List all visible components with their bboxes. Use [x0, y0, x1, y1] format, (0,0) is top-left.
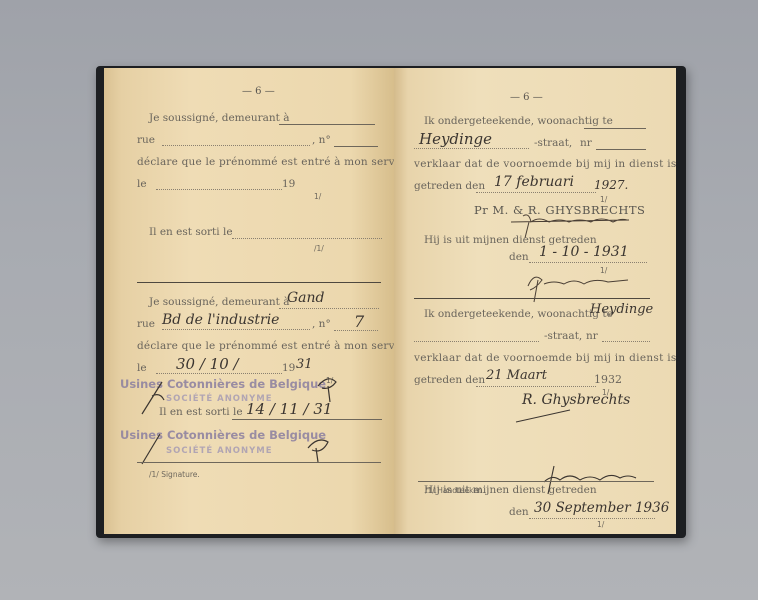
form-label: -straat,	[544, 330, 582, 342]
form-line: Il en est sorti le	[149, 226, 233, 238]
form-line: verklaar dat de voornoemde bij mij in di…	[414, 158, 677, 170]
signature-icon	[524, 266, 634, 306]
form-line: Je soussigné, demeurant à	[149, 296, 289, 308]
blank-field	[584, 128, 646, 129]
page-number: — 6 —	[510, 92, 543, 103]
form-label: , n°	[312, 318, 331, 330]
blank-field	[162, 329, 310, 330]
blank-field	[414, 148, 529, 149]
form-label: rue	[137, 134, 155, 146]
form-label: -straat,	[534, 137, 572, 149]
form-label: den	[509, 251, 529, 263]
blank-field	[476, 192, 596, 193]
footnote-mark: 1/	[597, 520, 604, 529]
form-label: , n°	[312, 134, 331, 146]
form-line: Je soussigné, demeurant à	[149, 112, 289, 124]
handwritten-entry-year: 1932	[594, 373, 622, 386]
form-line: Ik ondergeteekende, woonachtig te	[424, 115, 613, 127]
blank-field	[279, 124, 375, 125]
blank-field	[529, 518, 655, 519]
handwritten-entry-date: 30 / 10 /	[176, 355, 239, 373]
handwritten-entry-year: 31	[296, 357, 313, 372]
blank-field	[162, 145, 310, 146]
signature-underline-icon	[514, 406, 574, 426]
form-label: 19	[282, 362, 295, 374]
handwritten-entry-year: 1927.	[594, 178, 628, 192]
form-label: rue	[137, 318, 155, 330]
form-label: getreden den	[414, 180, 485, 192]
section-divider	[414, 298, 650, 299]
blank-field	[334, 146, 378, 147]
signature-line	[418, 481, 654, 482]
form-line: déclare que le prénommé est entré à mon …	[137, 156, 411, 168]
blank-field	[602, 341, 650, 342]
form-line: Il en est sorti le	[159, 406, 243, 418]
footnote-mark: /1/	[314, 244, 324, 253]
handwritten-exit-date: 1 - 10 - 1931	[539, 244, 629, 260]
form-label: le	[137, 362, 147, 374]
signature-icon	[540, 462, 650, 498]
blank-field	[414, 341, 539, 342]
handwritten-exit-date: 30 September 1936	[534, 500, 669, 516]
blank-field	[156, 189, 282, 190]
blank-field	[156, 373, 282, 374]
handwritten-city: Heydinge	[590, 302, 653, 317]
form-label: nr	[580, 137, 592, 149]
blank-field	[232, 419, 382, 420]
handwritten-number: 7	[354, 312, 364, 331]
handwritten-exit-date: 14 / 11 / 31	[246, 400, 332, 418]
signature-line	[137, 462, 381, 463]
handwritten-entry-date: 21 Maart	[486, 368, 547, 383]
handwritten-street: Heydinge	[419, 130, 492, 148]
form-line: verklaar dat de voornoemde bij mij in di…	[414, 352, 677, 364]
company-stamp-subtitle: SOCIÉTÉ ANONYME	[166, 446, 273, 456]
left-page: — 6 — Je soussigné, demeurant à rue , n°…	[104, 68, 394, 534]
blank-field	[596, 149, 646, 150]
handwritten-street: Bd de l'industrie	[162, 312, 279, 328]
blank-field	[529, 262, 647, 263]
footnote: /1/ Signature.	[149, 470, 200, 479]
form-line: Ik ondergeteekende, woonachtig te	[424, 308, 613, 320]
handwritten-entry-date: 17 februari	[494, 174, 574, 190]
section-divider	[137, 282, 381, 283]
form-label: getreden den	[414, 374, 485, 386]
form-label: 19	[282, 178, 295, 190]
form-label: den	[509, 506, 529, 518]
blank-field	[232, 238, 382, 239]
form-label: le	[137, 178, 147, 190]
blank-field	[334, 330, 378, 331]
page-number: — 6 —	[242, 86, 275, 97]
footnote: /1/ Handteeken.	[425, 486, 485, 495]
form-label: nr	[586, 330, 598, 342]
handwritten-city: Gand	[287, 290, 325, 306]
footnote-mark: 1/	[314, 192, 321, 201]
blank-field	[279, 308, 379, 309]
blank-field	[476, 386, 596, 387]
form-line: déclare que le prénommé est entré à mon …	[137, 340, 411, 352]
